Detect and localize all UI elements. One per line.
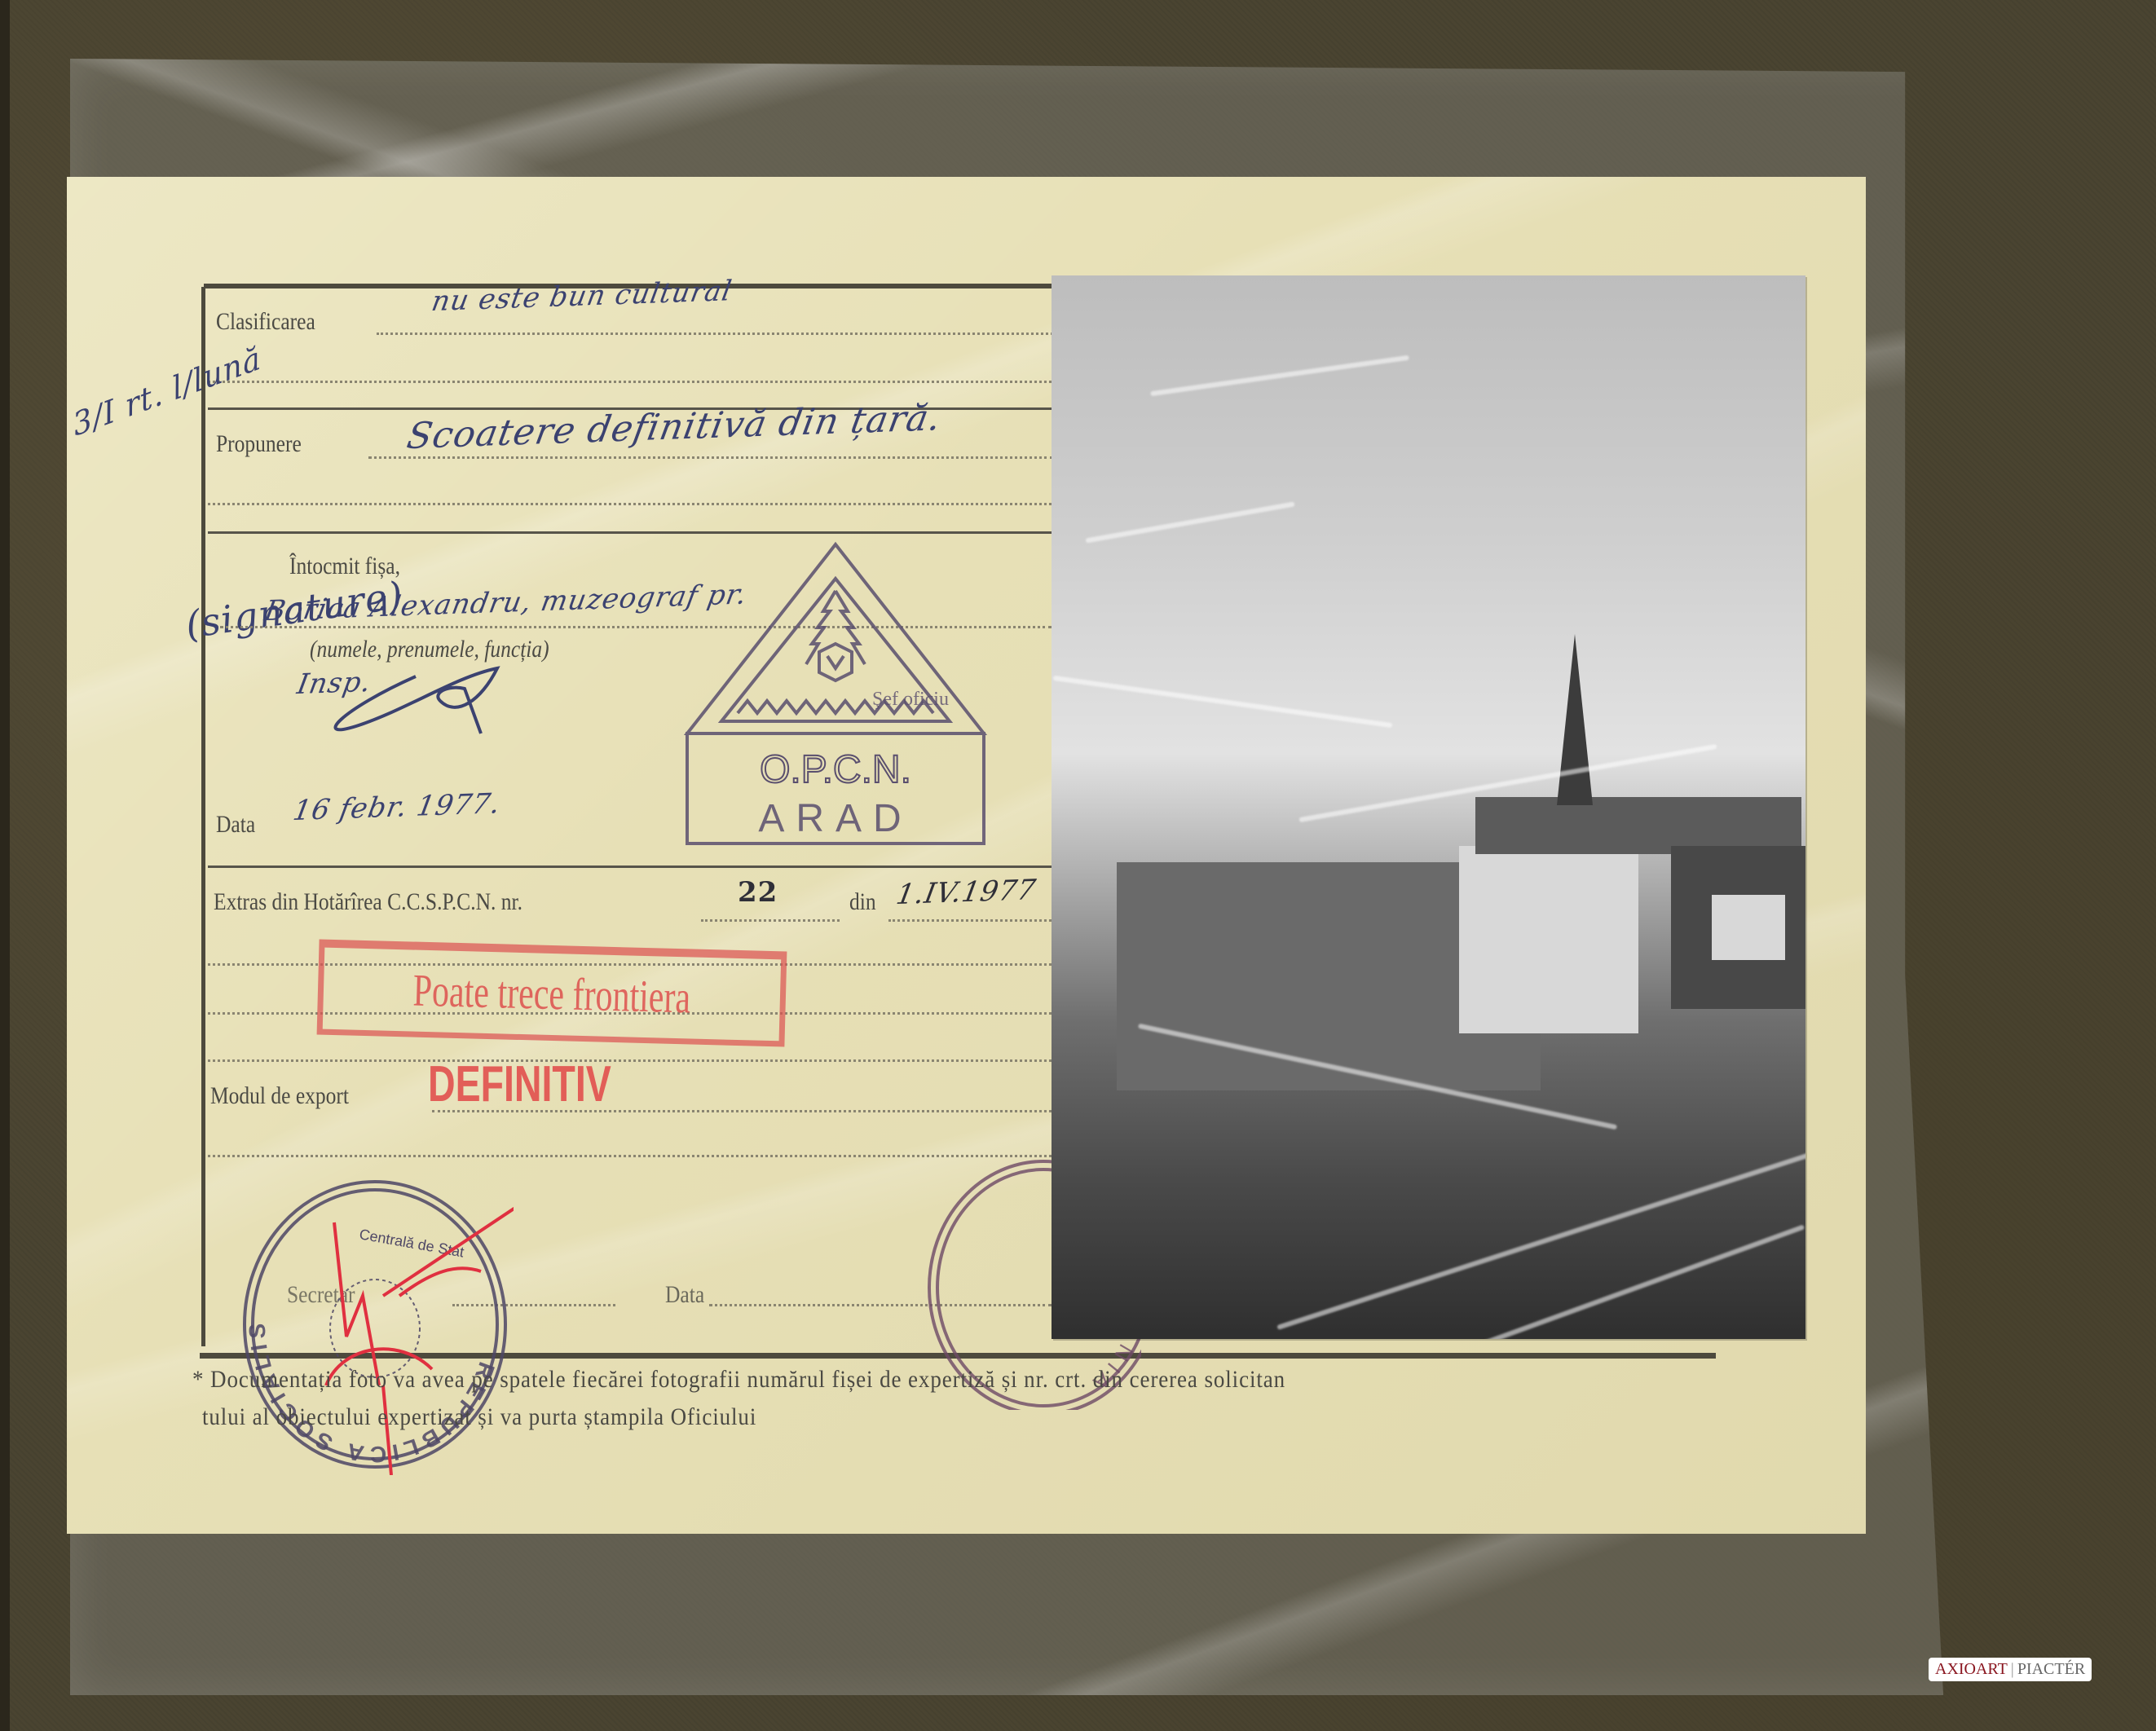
artwork-photograph[interactable] bbox=[1052, 275, 1805, 1339]
poate-trece-frontiera-stamp: Poate trece frontiera bbox=[317, 940, 787, 1047]
svg-text:ARAD: ARAD bbox=[758, 797, 912, 840]
footnote-line-2: tului al obiectului expertizat și va pur… bbox=[202, 1403, 756, 1431]
form-left-rule bbox=[201, 287, 205, 1346]
clasificarea-label: Clasificarea bbox=[216, 308, 315, 336]
church-spire bbox=[1557, 634, 1593, 805]
svg-text:Şef oficiu: Şef oficiu bbox=[872, 689, 949, 710]
svg-text:O.P.C.N.: O.P.C.N. bbox=[760, 748, 911, 791]
axioart-watermark: AXIOART|PIACTÉR bbox=[1929, 1658, 2092, 1681]
extras-din-label: din bbox=[849, 888, 876, 916]
frame-edge bbox=[0, 0, 10, 1731]
definitiv-stamp: DEFINITIV bbox=[428, 1055, 611, 1113]
modul-export-label: Modul de export bbox=[210, 1082, 349, 1110]
extras-date: 1.IV.1977 bbox=[893, 874, 1038, 911]
propunere-label: Propunere bbox=[216, 430, 302, 458]
signature-scribble bbox=[293, 652, 538, 750]
data-label: Data bbox=[216, 811, 255, 839]
intocmit-label: Întocmit fișa, bbox=[289, 553, 400, 580]
opcn-arad-stamp: Şef oficiu O.P.C.N. ARAD bbox=[681, 530, 990, 848]
extras-number: 22 bbox=[738, 876, 778, 909]
footnote-line-1: * Documentația foto va avea pe spatele f… bbox=[192, 1366, 1285, 1394]
extras-label: Extras din Hotărîrea C.C.S.P.C.N. nr. bbox=[214, 888, 522, 916]
data-secretar-label: Data bbox=[665, 1281, 704, 1309]
svg-text:Centrală de Stat: Centrală de Stat bbox=[358, 1226, 465, 1260]
